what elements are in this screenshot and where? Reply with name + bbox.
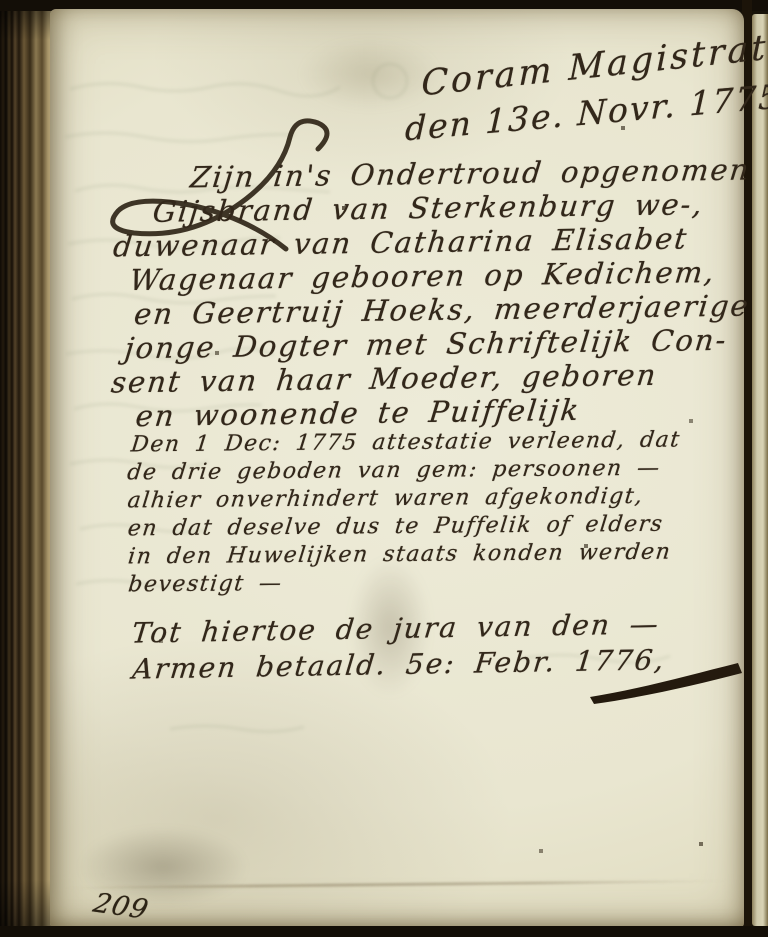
manuscript-photo: Coram Magistratü den 13e. Novr. 1775 — Z… (0, 0, 768, 937)
book-rim-bottom (0, 926, 768, 937)
next-page-edge (752, 14, 768, 926)
paper-specks (50, 9, 52, 11)
attestation-line: bevestigt — (127, 567, 684, 600)
betrothal-entry-paragraph: Zijn in's Ondertroud opgenomen Gijsbrand… (104, 153, 752, 434)
manuscript-page: Coram Magistratü den 13e. Novr. 1775 — Z… (50, 9, 744, 928)
payment-note-paragraph: Tot hiertoe de jura van den — Armen beta… (129, 606, 663, 687)
attestation-paragraph: Den 1 Dec: 1775 attestatie verleend, dat… (125, 427, 680, 600)
